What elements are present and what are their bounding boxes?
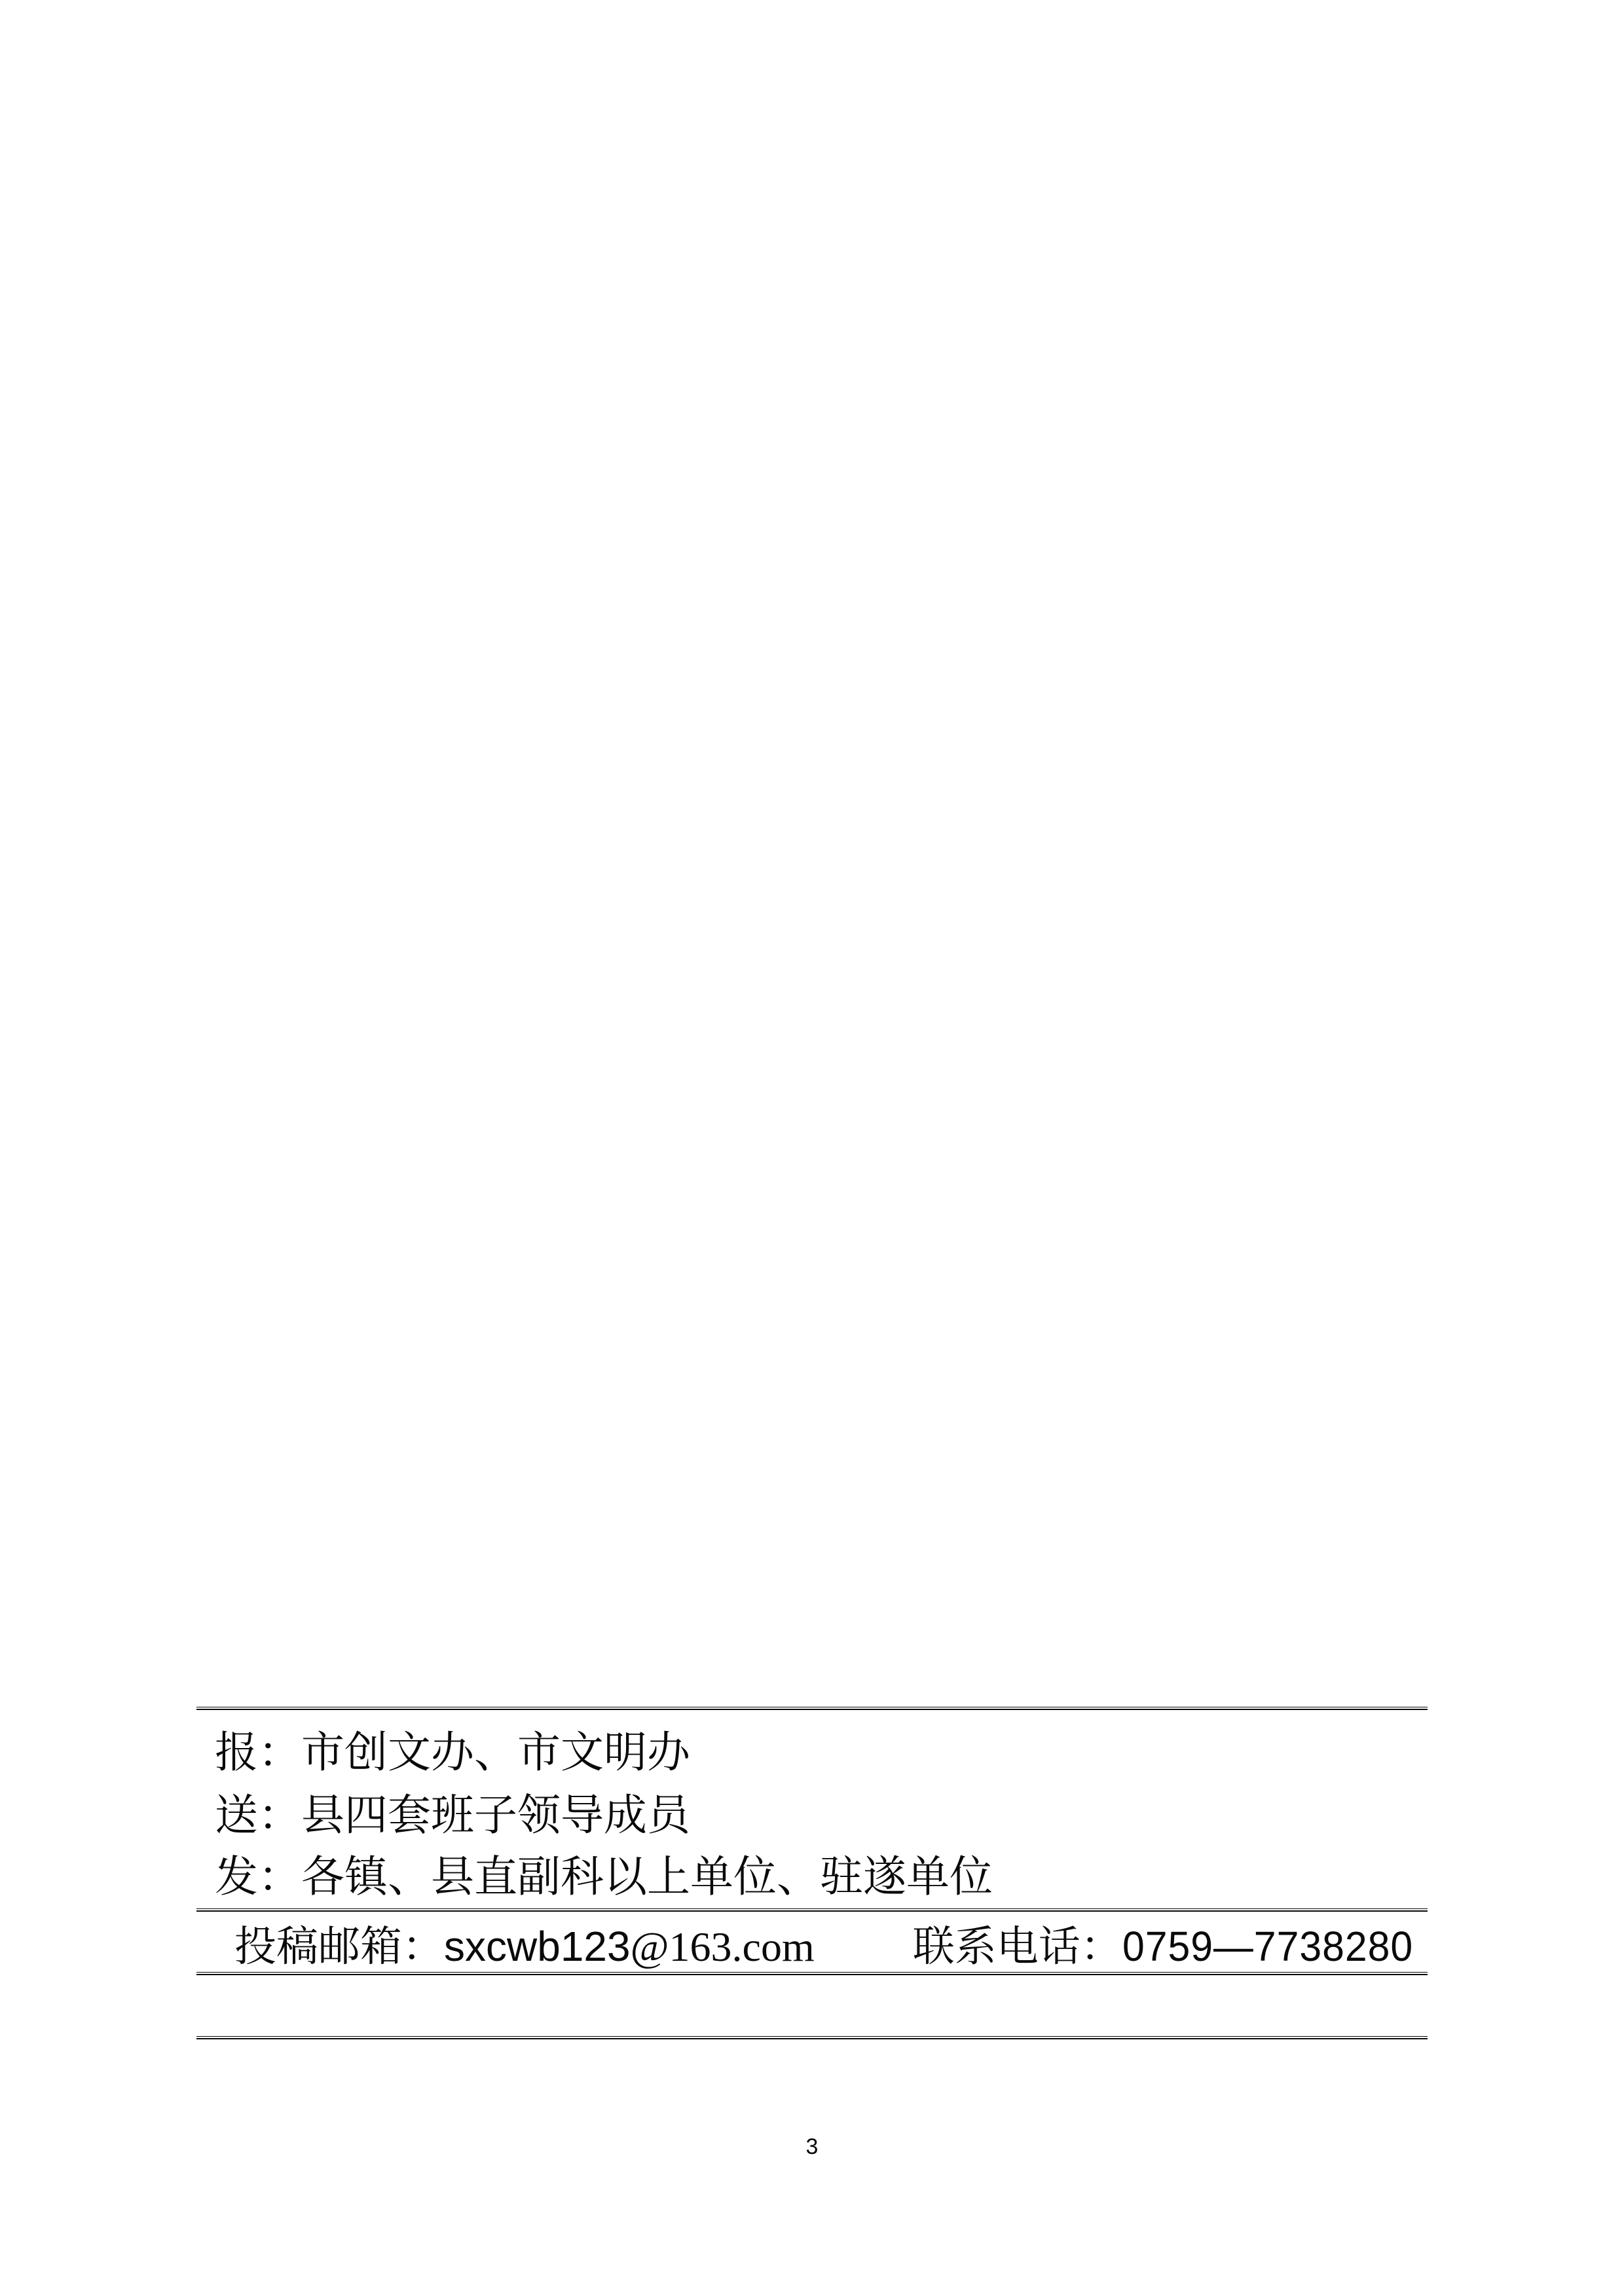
footer-middle-rule [196,1908,1428,1912]
distribution-line-report: 报：市创文办、市文明办 [196,1728,1428,1779]
footer-top-rule [196,1707,1428,1710]
footer-end-rule [196,2036,1428,2039]
email-domain: @163.com [631,1923,815,1970]
email-label: 投稿邮箱： [234,1923,444,1970]
distribution-line-send: 送：县四套班子领导成员 [196,1791,1428,1842]
phone-label: 联系电话： [913,1923,1122,1970]
phone-number: 0759—7738280 [1122,1922,1413,1971]
contact-line: 投稿邮箱：sxcwb123@163.com联系电话：0759—7738280 [196,1922,1428,1971]
page-body-blank [0,0,1624,1702]
page-number: 3 [0,2133,1624,2160]
distribution-line-issue: 发：各镇、县直副科以上单位、驻遂单位 [196,1852,1428,1903]
email-user: sxcwb123 [444,1923,631,1970]
footer-contact-bottom-rule [196,1972,1428,1975]
document-page: 报：市创文办、市文明办 送：县四套班子领导成员 发：各镇、县直副科以上单位、驻遂… [0,0,1624,2296]
